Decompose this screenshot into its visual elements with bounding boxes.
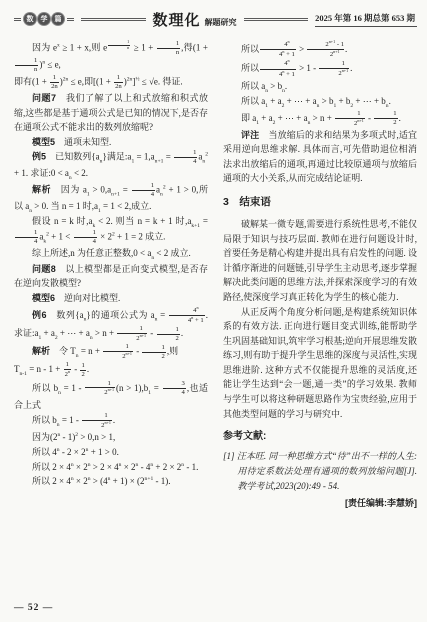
paragraph: 因为(2n - 1)2 > 0,n > 1, xyxy=(14,430,208,445)
reference-item: [1] 汪本旺. 同一种思维方式“待”出不一样的人生:用待定系数法处理有通项的数… xyxy=(223,449,417,493)
paragraph: 所以 2 × 4n × 2n > (4n + 1) × (2n+1 - 1). xyxy=(14,474,208,489)
logo-badge-icon: 学 xyxy=(38,13,50,25)
journal-subtitle: 解题研究 xyxy=(205,17,237,28)
paragraph: 所以 bn = 1 - 12n+1. xyxy=(14,412,208,430)
paragraph: 所以 a1 + a2 + ⋯ + an > b1 + b2 + ⋯ + bn. xyxy=(223,94,417,109)
logo-badge-icon: 篇 xyxy=(52,13,64,25)
section-heading: 3 结束语 xyxy=(223,194,417,211)
paragraph: 模型6 逆向对比模型. xyxy=(14,291,208,306)
paragraph: 例5 已知数列{an}满足:a1 = 1,an+1 = 14an2 + 1. 求… xyxy=(14,149,208,181)
paragraph: 即 a1 + a2 + ⋯ + an > n + 12n+1 - 12. xyxy=(223,110,417,128)
paragraph: 问题8 以上模型都是正向变式模型,是否存在逆向发散模型? xyxy=(14,262,208,291)
paragraph: 综上所述,n 为任意正整数,0 < an < 2 成立. xyxy=(14,246,208,261)
paragraph: 所以 an > bn. xyxy=(223,79,417,94)
page-header: 数 学 篇 数理化 解题研究 2025 年第 16 期总第 653 期 xyxy=(14,7,417,31)
journal-title: 数理化 xyxy=(153,9,201,30)
issue-info: 2025 年第 16 期总第 653 期 xyxy=(315,12,417,27)
paragraph: 问题7 我们了解了以上和式放缩和积式放缩,这些都是基于通项公式是已知的情况下,是… xyxy=(14,91,208,135)
section-logo: 数 学 篇 xyxy=(24,13,64,25)
page-number: — 52 — xyxy=(14,603,53,613)
right-column: 所以4n4n + 1 > 2n+1 - 12n+1.所以4n4n + 1 > 1… xyxy=(223,40,417,612)
paragraph: 模型5 通项未知型. xyxy=(14,135,208,150)
references-heading: 参考文献: xyxy=(223,429,417,445)
editor-credit: [责任编辑:李慧娇] xyxy=(223,496,417,511)
header-rule-left-stub xyxy=(14,18,21,21)
paragraph: 解析 令 Tn = n + 12n+1 - 12,则 xyxy=(14,343,208,361)
article-body: 因为 ex ≥ 1 + x,则 e1n ≥ 1 + 1n,得(1 + 1n)n … xyxy=(14,40,417,612)
paragraph: 所以4n4n + 1 > 1 - 12n+1. xyxy=(223,59,417,78)
paragraph: 因为 ex ≥ 1 + x,则 e1n ≥ 1 + 1n,得(1 + 1n)n … xyxy=(14,40,208,74)
paragraph: 假设 n = k 时,ak < 2. 则当 n = k + 1 时,ak+1 =… xyxy=(14,214,208,246)
paragraph: 评注 当放缩后的求和结果为多项式时,适宜采用逆向思维求解. 具体而言,可先借助退… xyxy=(223,128,417,186)
journal-title-group: 数理化 解题研究 xyxy=(153,9,237,30)
header-rule xyxy=(81,18,146,21)
header-rule xyxy=(244,18,309,21)
logo-badge-icon: 数 xyxy=(24,13,36,25)
paragraph: 解析 因为 a1 > 0,an+1 = 14an2 + 1 > 0,所以 an … xyxy=(14,182,208,214)
paragraph: 破解某一微专题,需要进行系统性思考,不能仅局限于知识与技巧层面. 教师在进行问题… xyxy=(223,217,417,304)
paragraph: 所以 4n - 2 × 2n + 1 > 0. xyxy=(14,445,208,460)
paragraph: 从正反两个角度分析问题,是构建系统知识体系的有效方法. 正向进行题目变式训练,能… xyxy=(223,305,417,422)
paragraph: 所以 bn = 1 - 12n+1(n > 1),b1 = 34,也适合上式 xyxy=(14,380,208,413)
paragraph: 所以 2 × 4n × 2n > 2 × 4n × 2n - 4n + 2 × … xyxy=(14,460,208,475)
paragraph: 所以4n4n + 1 > 2n+1 - 12n+1. xyxy=(223,40,417,59)
paragraph: 例6 数列{an}的通项公式为 an = 4n4n + 1. 求证:a1 + a… xyxy=(14,306,208,344)
paragraph: 即有(1 + 12n)2n ≤ e,即[(1 + 12n)2n]½ ≤ √e. … xyxy=(14,74,208,91)
journal-page: 数 学 篇 数理化 解题研究 2025 年第 16 期总第 653 期 因为 e… xyxy=(0,0,427,622)
paragraph: Tn-1 = n - 1 + 12n - 12. xyxy=(14,361,208,379)
header-rule-stub xyxy=(67,18,74,21)
left-column: 因为 ex ≥ 1 + x,则 e1n ≥ 1 + 1n,得(1 + 1n)n … xyxy=(14,40,208,612)
